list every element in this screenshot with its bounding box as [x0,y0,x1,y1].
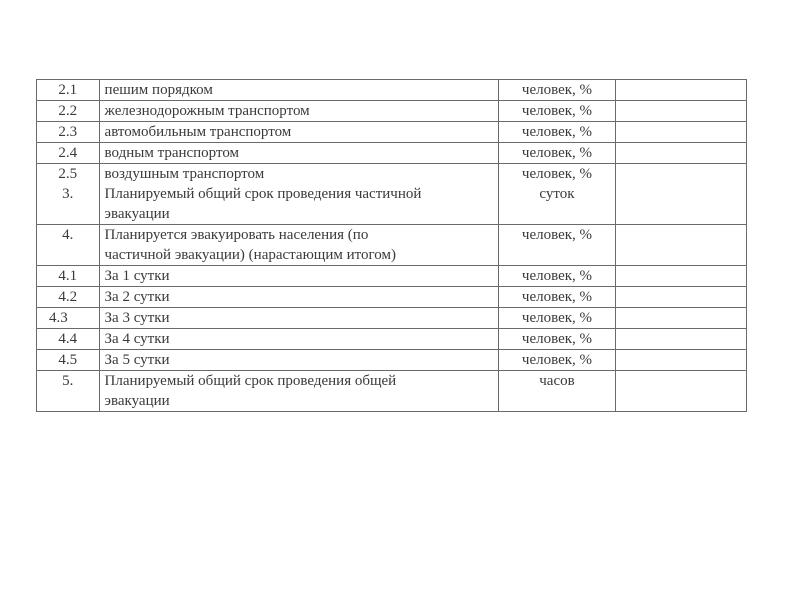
row-unit: человек, % [498,287,615,308]
row-number: 2.2 [37,101,100,122]
row-description-text: автомобильным транспортом [105,122,493,142]
row-unit-text: человек, % [504,101,610,121]
row-description-text: эвакуации [105,391,493,411]
row-description: воздушным транспортом Планируемый общий … [99,164,498,225]
row-number: 4.1 [37,266,100,287]
table-row: 4.2 За 2 сутки человек, % [37,287,747,308]
row-unit-text: человек, % [504,287,610,307]
row-number: 4.2 [37,287,100,308]
row-unit: человек, % [498,80,615,101]
row-value-cell[interactable] [616,329,747,350]
row-value-cell[interactable] [616,122,747,143]
row-description-text: За 4 сутки [105,329,493,349]
row-number: 4.3 [37,308,100,329]
table-row: 2.1 пешим порядком человек, % [37,80,747,101]
table-row: 2.5 3. воздушным транспортом Планируемый… [37,164,747,225]
table-row: 2.4 водным транспортом человек, % [37,143,747,164]
row-unit: человек, % суток [498,164,615,225]
row-description-text: пешим порядком [105,80,493,100]
row-unit-text: суток [504,184,610,204]
row-description: За 2 сутки [99,287,498,308]
row-unit-text: человек, % [504,350,610,370]
row-unit: человек, % [498,308,615,329]
row-description: За 3 сутки [99,308,498,329]
row-number: 5. [37,371,100,412]
row-unit-text: человек, % [504,266,610,286]
row-value-cell[interactable] [616,143,747,164]
row-unit-text: человек, % [504,122,610,142]
row-number: 4.4 [37,329,100,350]
table-row: 4.5 За 5 сутки человек, % [37,350,747,371]
row-description-text: частичной эвакуации) (нарастающим итогом… [105,245,493,265]
row-value-cell[interactable] [616,371,747,412]
table-row: 4.3 За 3 сутки человек, % [37,308,747,329]
row-value-cell[interactable] [616,101,747,122]
table-row: 5. Планируемый общий срок проведения общ… [37,371,747,412]
row-unit: часов [498,371,615,412]
row-number: 2.1 [37,80,100,101]
row-description: За 1 сутки [99,266,498,287]
row-unit-text: часов [504,371,610,391]
row-value-cell[interactable] [616,164,747,225]
row-description-text: Планируемый общий срок проведения общей [105,371,493,391]
row-description: Планируемый общий срок проведения общей … [99,371,498,412]
row-description-text: Планируется эвакуировать населения (по [105,225,493,245]
row-number-text: 2.1 [42,80,94,100]
table-row: 4.1 За 1 сутки человек, % [37,266,747,287]
row-value-cell[interactable] [616,308,747,329]
row-description: За 4 сутки [99,329,498,350]
row-unit-text: человек, % [504,143,610,163]
row-description-text: За 3 сутки [105,308,493,328]
row-description-text: эвакуации [105,204,493,224]
row-unit-text: человек, % [504,308,610,328]
row-description-text: За 5 сутки [105,350,493,370]
row-description: Планируется эвакуировать населения (по ч… [99,225,498,266]
row-value-cell[interactable] [616,225,747,266]
row-number-text: 2.5 [42,164,94,184]
row-number-text: 4.1 [42,266,94,286]
row-number: 4. [37,225,100,266]
row-number-text: 4.2 [42,287,94,307]
row-description: пешим порядком [99,80,498,101]
table-row: 4.4 За 4 сутки человек, % [37,329,747,350]
row-number-text: 4.5 [42,350,94,370]
row-description-text: железнодорожным транспортом [105,101,493,121]
evacuation-plan-table: 2.1 пешим порядком человек, % 2.2 железн… [36,79,747,412]
row-number-text: 2.2 [42,101,94,121]
row-description: За 5 сутки [99,350,498,371]
row-number-text: 4.3 [49,308,94,328]
row-number-text: 3. [42,184,94,204]
row-unit: человек, % [498,101,615,122]
row-description-text: Планируемый общий срок проведения частич… [105,184,493,204]
row-number: 2.5 3. [37,164,100,225]
row-number: 2.4 [37,143,100,164]
row-number: 4.5 [37,350,100,371]
row-description-text: водным транспортом [105,143,493,163]
row-unit: человек, % [498,122,615,143]
row-unit: человек, % [498,143,615,164]
row-number-text: 4. [42,225,94,245]
row-unit: человек, % [498,329,615,350]
row-number: 2.3 [37,122,100,143]
row-description-text: воздушным транспортом [105,164,493,184]
row-description: железнодорожным транспортом [99,101,498,122]
row-description-text: За 2 сутки [105,287,493,307]
row-description-text: За 1 сутки [105,266,493,286]
row-number-text: 5. [42,371,94,391]
row-unit: человек, % [498,350,615,371]
row-value-cell[interactable] [616,266,747,287]
row-number-text: 2.4 [42,143,94,163]
row-unit-text: человек, % [504,225,610,245]
table-row: 2.3 автомобильным транспортом человек, % [37,122,747,143]
row-unit-text: человек, % [504,164,610,184]
row-unit-text: человек, % [504,329,610,349]
row-value-cell[interactable] [616,80,747,101]
table-row: 4. Планируется эвакуировать населения (п… [37,225,747,266]
row-unit: человек, % [498,225,615,266]
row-number-text: 2.3 [42,122,94,142]
row-value-cell[interactable] [616,350,747,371]
row-description: водным транспортом [99,143,498,164]
table-row: 2.2 железнодорожным транспортом человек,… [37,101,747,122]
row-unit: человек, % [498,266,615,287]
row-unit-text: человек, % [504,80,610,100]
row-description: автомобильным транспортом [99,122,498,143]
row-value-cell[interactable] [616,287,747,308]
row-number-text: 4.4 [42,329,94,349]
